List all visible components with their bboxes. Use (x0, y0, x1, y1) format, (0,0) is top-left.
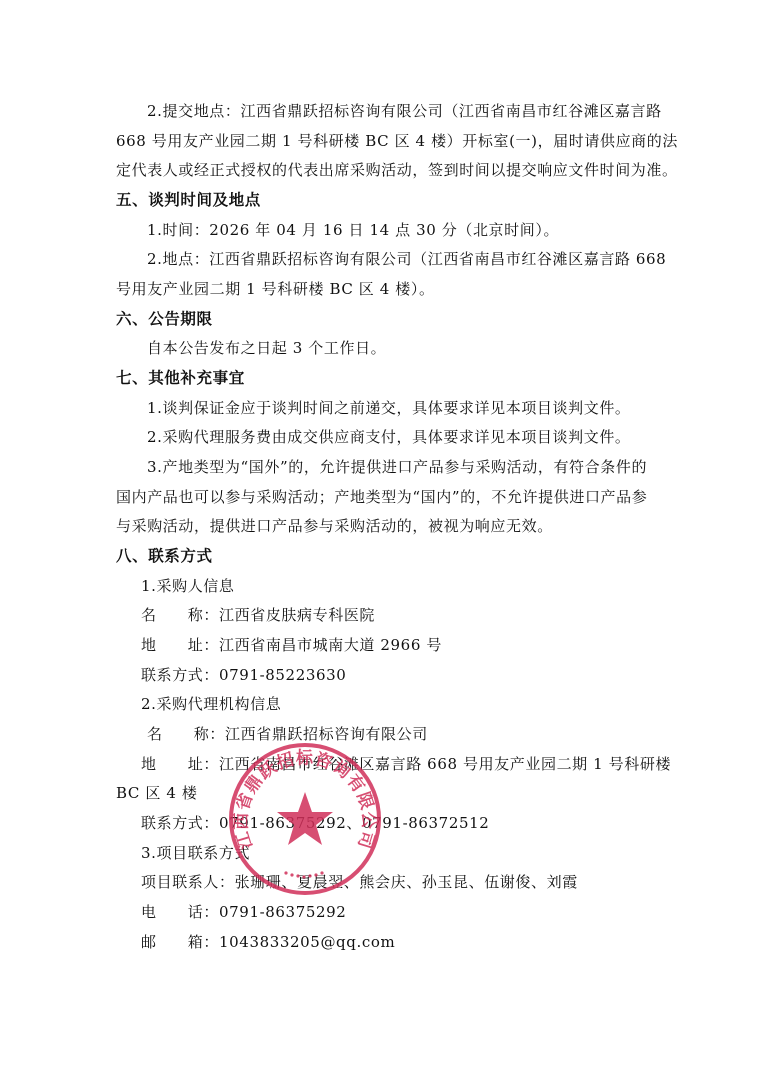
purchaser-address-label: 地 址： (141, 631, 219, 661)
agency-contact: 0791-86375292、0791-86372512 (219, 814, 489, 832)
agency-address-label: 地 址： (141, 750, 219, 780)
negotiation-time: 1.时间：2026 年 04 月 16 日 14 点 30 分（北京时间）。 (147, 216, 687, 246)
purchaser-contact-label: 联系方式： (141, 661, 219, 691)
project-email-label: 邮 箱： (141, 928, 219, 958)
project-email-row: 邮 箱：1043833205@qq.com (141, 928, 681, 958)
other-item-1: 1.谈判保证金应于谈判时间之前递交，具体要求详见本项目谈判文件。 (147, 394, 687, 424)
announcement-period: 自本公告发布之日起 3 个工作日。 (147, 334, 687, 364)
negotiation-location-line-1: 2.地点：江西省鼎跃招标咨询有限公司（江西省南昌市红谷滩区嘉言路 668 (147, 245, 687, 275)
project-people: 张珊珊、夏晨翌、熊会庆、孙玉昆、伍谢俊、刘霞 (235, 873, 578, 891)
purchaser-title: 1.采购人信息 (141, 572, 681, 602)
agency-address-line-2: BC 区 4 楼 (116, 779, 656, 809)
agency-address-row: 地 址：江西省南昌市红谷滩区嘉言路 668 号用友产业园二期 1 号科研楼 (141, 750, 681, 780)
purchaser-address-row: 地 址：江西省南昌市城南大道 2966 号 (141, 631, 681, 661)
submission-location-line-1: 2.提交地点：江西省鼎跃招标咨询有限公司（江西省南昌市红谷滩区嘉言路 (147, 97, 687, 127)
other-item-3-line-2: 国内产品也可以参与采购活动；产地类型为“国内”的，不允许提供进口产品参 (116, 483, 656, 513)
section-heading-contact: 八、联系方式 (116, 542, 656, 572)
other-item-2: 2.采购代理服务费由成交供应商支付，具体要求详见本项目谈判文件。 (147, 423, 687, 453)
purchaser-contact-row: 联系方式：0791-85223630 (141, 661, 681, 691)
agency-name-label: 名 称： (147, 720, 225, 750)
purchaser-name-row: 名 称：江西省皮肤病专科医院 (141, 601, 681, 631)
submission-location-line-2: 668 号用友产业园二期 1 号科研楼 BC 区 4 楼）开标室(一)，届时请供… (116, 127, 656, 157)
agency-address-line-1: 江西省南昌市红谷滩区嘉言路 668 号用友产业园二期 1 号科研楼 (219, 755, 671, 773)
agency-name: 江西省鼎跃招标咨询有限公司 (225, 725, 428, 743)
project-email: 1043833205@qq.com (219, 933, 395, 951)
other-item-3-line-3: 与采购活动，提供进口产品参与采购活动的，被视为响应无效。 (116, 512, 656, 542)
purchaser-name: 江西省皮肤病专科医院 (219, 606, 375, 624)
document-page: 2.提交地点：江西省鼎跃招标咨询有限公司（江西省南昌市红谷滩区嘉言路 668 号… (0, 0, 769, 1088)
project-phone-row: 电 话：0791-86375292 (141, 898, 681, 928)
section-heading-period: 六、公告期限 (116, 305, 656, 335)
agency-contact-row: 联系方式：0791-86375292、0791-86372512 (141, 809, 681, 839)
project-people-label: 项目联系人： (141, 868, 235, 898)
negotiation-location-line-2: 号用友产业园二期 1 号科研楼 BC 区 4 楼）。 (116, 275, 656, 305)
section-heading-other: 七、其他补充事宜 (116, 364, 656, 394)
project-phone: 0791-86375292 (219, 903, 346, 921)
agency-title: 2.采购代理机构信息 (141, 690, 681, 720)
project-contact-title: 3.项目联系方式 (141, 839, 681, 869)
agency-name-row: 名 称：江西省鼎跃招标咨询有限公司 (147, 720, 687, 750)
purchaser-address: 江西省南昌市城南大道 2966 号 (219, 636, 442, 654)
purchaser-name-label: 名 称： (141, 601, 219, 631)
other-item-3-line-1: 3.产地类型为“国外”的，允许提供进口产品参与采购活动，有符合条件的 (147, 453, 687, 483)
project-phone-label: 电 话： (141, 898, 219, 928)
agency-contact-label: 联系方式： (141, 809, 219, 839)
submission-location-line-3: 定代表人或经正式授权的代表出席采购活动，签到时间以提交响应文件时间为准。 (116, 156, 656, 186)
purchaser-contact: 0791-85223630 (219, 666, 346, 684)
section-heading-negotiation: 五、谈判时间及地点 (116, 186, 656, 216)
project-people-row: 项目联系人：张珊珊、夏晨翌、熊会庆、孙玉昆、伍谢俊、刘霞 (141, 868, 681, 898)
